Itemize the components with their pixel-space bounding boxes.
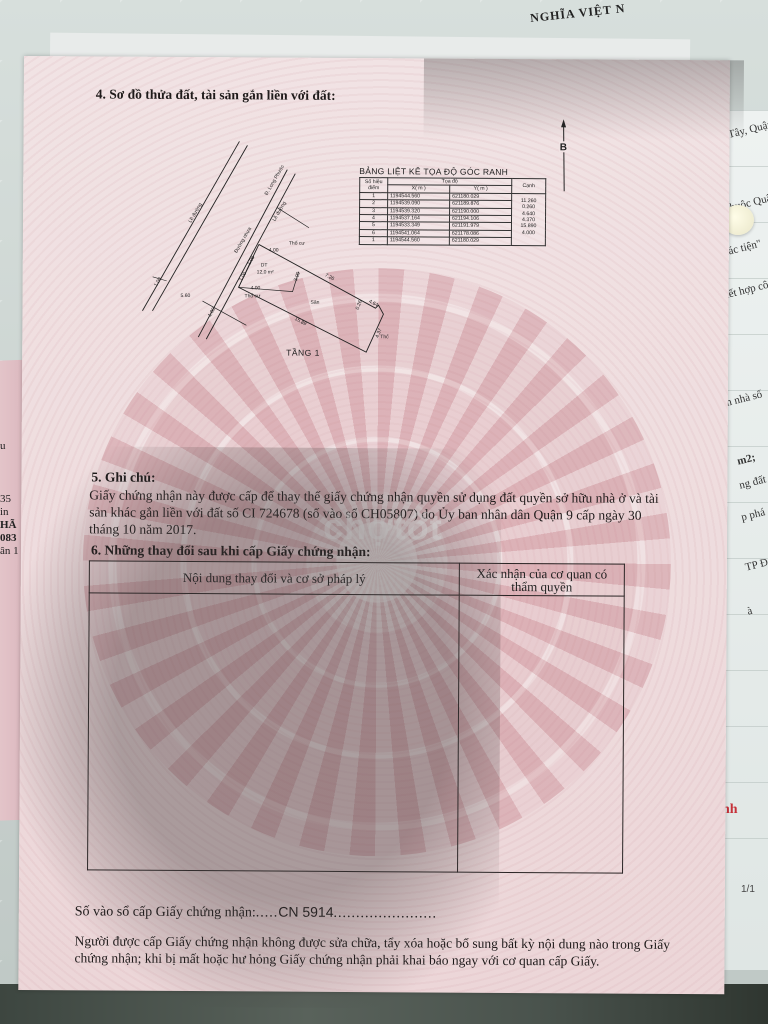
changes-header-confirm: Xác nhận của cơ quan có thẩm quyền	[459, 563, 624, 596]
dim-side-bottom: 15.89	[293, 316, 307, 327]
top-shadow	[424, 58, 744, 140]
changes-header-content: Nội dung thay đổi và cơ sở pháp lý	[89, 561, 459, 595]
page-counter: 1/1	[741, 884, 755, 895]
dim-house-depth: 3.00	[293, 271, 302, 282]
edge-length: 4.000	[514, 230, 543, 237]
x-coordinate: 1194539.090	[388, 200, 450, 208]
coordinate-table: BẢNG LIỆT KÊ TỌA ĐỘ GÓC RANH Số hiệu điể…	[359, 166, 546, 246]
registration-dots: .....	[256, 905, 279, 920]
header-edge: Cạnh	[512, 178, 546, 193]
x-coordinate: 1194541.064	[387, 230, 449, 238]
point-id: 2	[360, 200, 388, 208]
point-id: 1	[360, 192, 388, 200]
point-id: 4	[359, 215, 387, 223]
north-label: B	[560, 142, 567, 153]
changes-cell-content	[88, 593, 460, 872]
dim-house-bottom: 4.00	[251, 285, 261, 291]
dim-house-top: 4.00	[269, 247, 279, 253]
registration-number: CN 5914	[278, 904, 333, 920]
registration-dots: .......................	[333, 906, 437, 922]
area-value: 12,0 m²	[257, 269, 274, 275]
section6-title: 6. Những thay đổi sau khi cấp Giấy chứng…	[91, 542, 371, 560]
x-coordinate: 1194544.560	[387, 237, 449, 245]
edge-lengths: 11.2600.2604.6404.37015.8904.000	[511, 193, 545, 245]
area-label: DT	[261, 262, 268, 268]
residential-top-label: Thổ cư	[289, 240, 306, 247]
road-edge-left-label: Lề đường	[188, 202, 204, 224]
road-edge-right-label: Lề đường	[272, 200, 288, 222]
changes-table: Nội dung thay đổi và cơ sở pháp lý Xác n…	[87, 560, 625, 873]
warning-text: Người được cấp Giấy chứng nhận không đượ…	[74, 932, 704, 970]
plot-diagram: Lề đường Đường nhựa Đ. Long Phước Lề đườ…	[128, 141, 389, 373]
point-id: 1	[359, 237, 387, 245]
residential-bottom-label: Thổ cư	[245, 292, 262, 299]
header-point: Số hiệu điểm	[360, 178, 388, 193]
x-coordinate: 1194539.320	[388, 207, 450, 215]
north-arrow-icon: B	[557, 119, 569, 193]
x-coordinate: 1194544.560	[388, 193, 450, 201]
dim-road-width: 5.60	[181, 293, 191, 299]
watermark: chợtốt	[323, 506, 443, 549]
registration-line: Số vào sổ cấp Giấy chứng nhận:.....CN 59…	[75, 902, 437, 922]
dim-front-bottom: 1.00	[238, 271, 248, 283]
certificate-page: 4. Sơ đồ thửa đất, tài sản gắn liền với …	[18, 56, 730, 994]
coordinate-table-title: BẢNG LIỆT KÊ TỌA ĐỘ GÓC RANH	[359, 166, 546, 177]
section5-title: 5. Ghi chú:	[91, 469, 155, 485]
registration-label: Số vào sổ cấp Giấy chứng nhận:	[75, 904, 256, 920]
x-coordinate: 1194537.164	[387, 215, 449, 223]
dim-sidewalk-left: 1.00	[153, 276, 163, 288]
point-id: 3	[360, 207, 388, 215]
x-coordinate: 1194533.349	[387, 222, 449, 230]
floor-label: TẦNG 1	[286, 348, 320, 358]
dim-front-top: 1.00	[246, 255, 256, 267]
section4-title: 4. Sơ đồ thửa đất, tài sản gắn liền với …	[96, 86, 336, 103]
street-name-label: Đ. Long Phước	[264, 164, 287, 197]
y-coordinate: 621180.029	[449, 237, 511, 245]
changes-cell-confirm	[458, 595, 625, 873]
yard-label: Sân	[310, 300, 319, 306]
